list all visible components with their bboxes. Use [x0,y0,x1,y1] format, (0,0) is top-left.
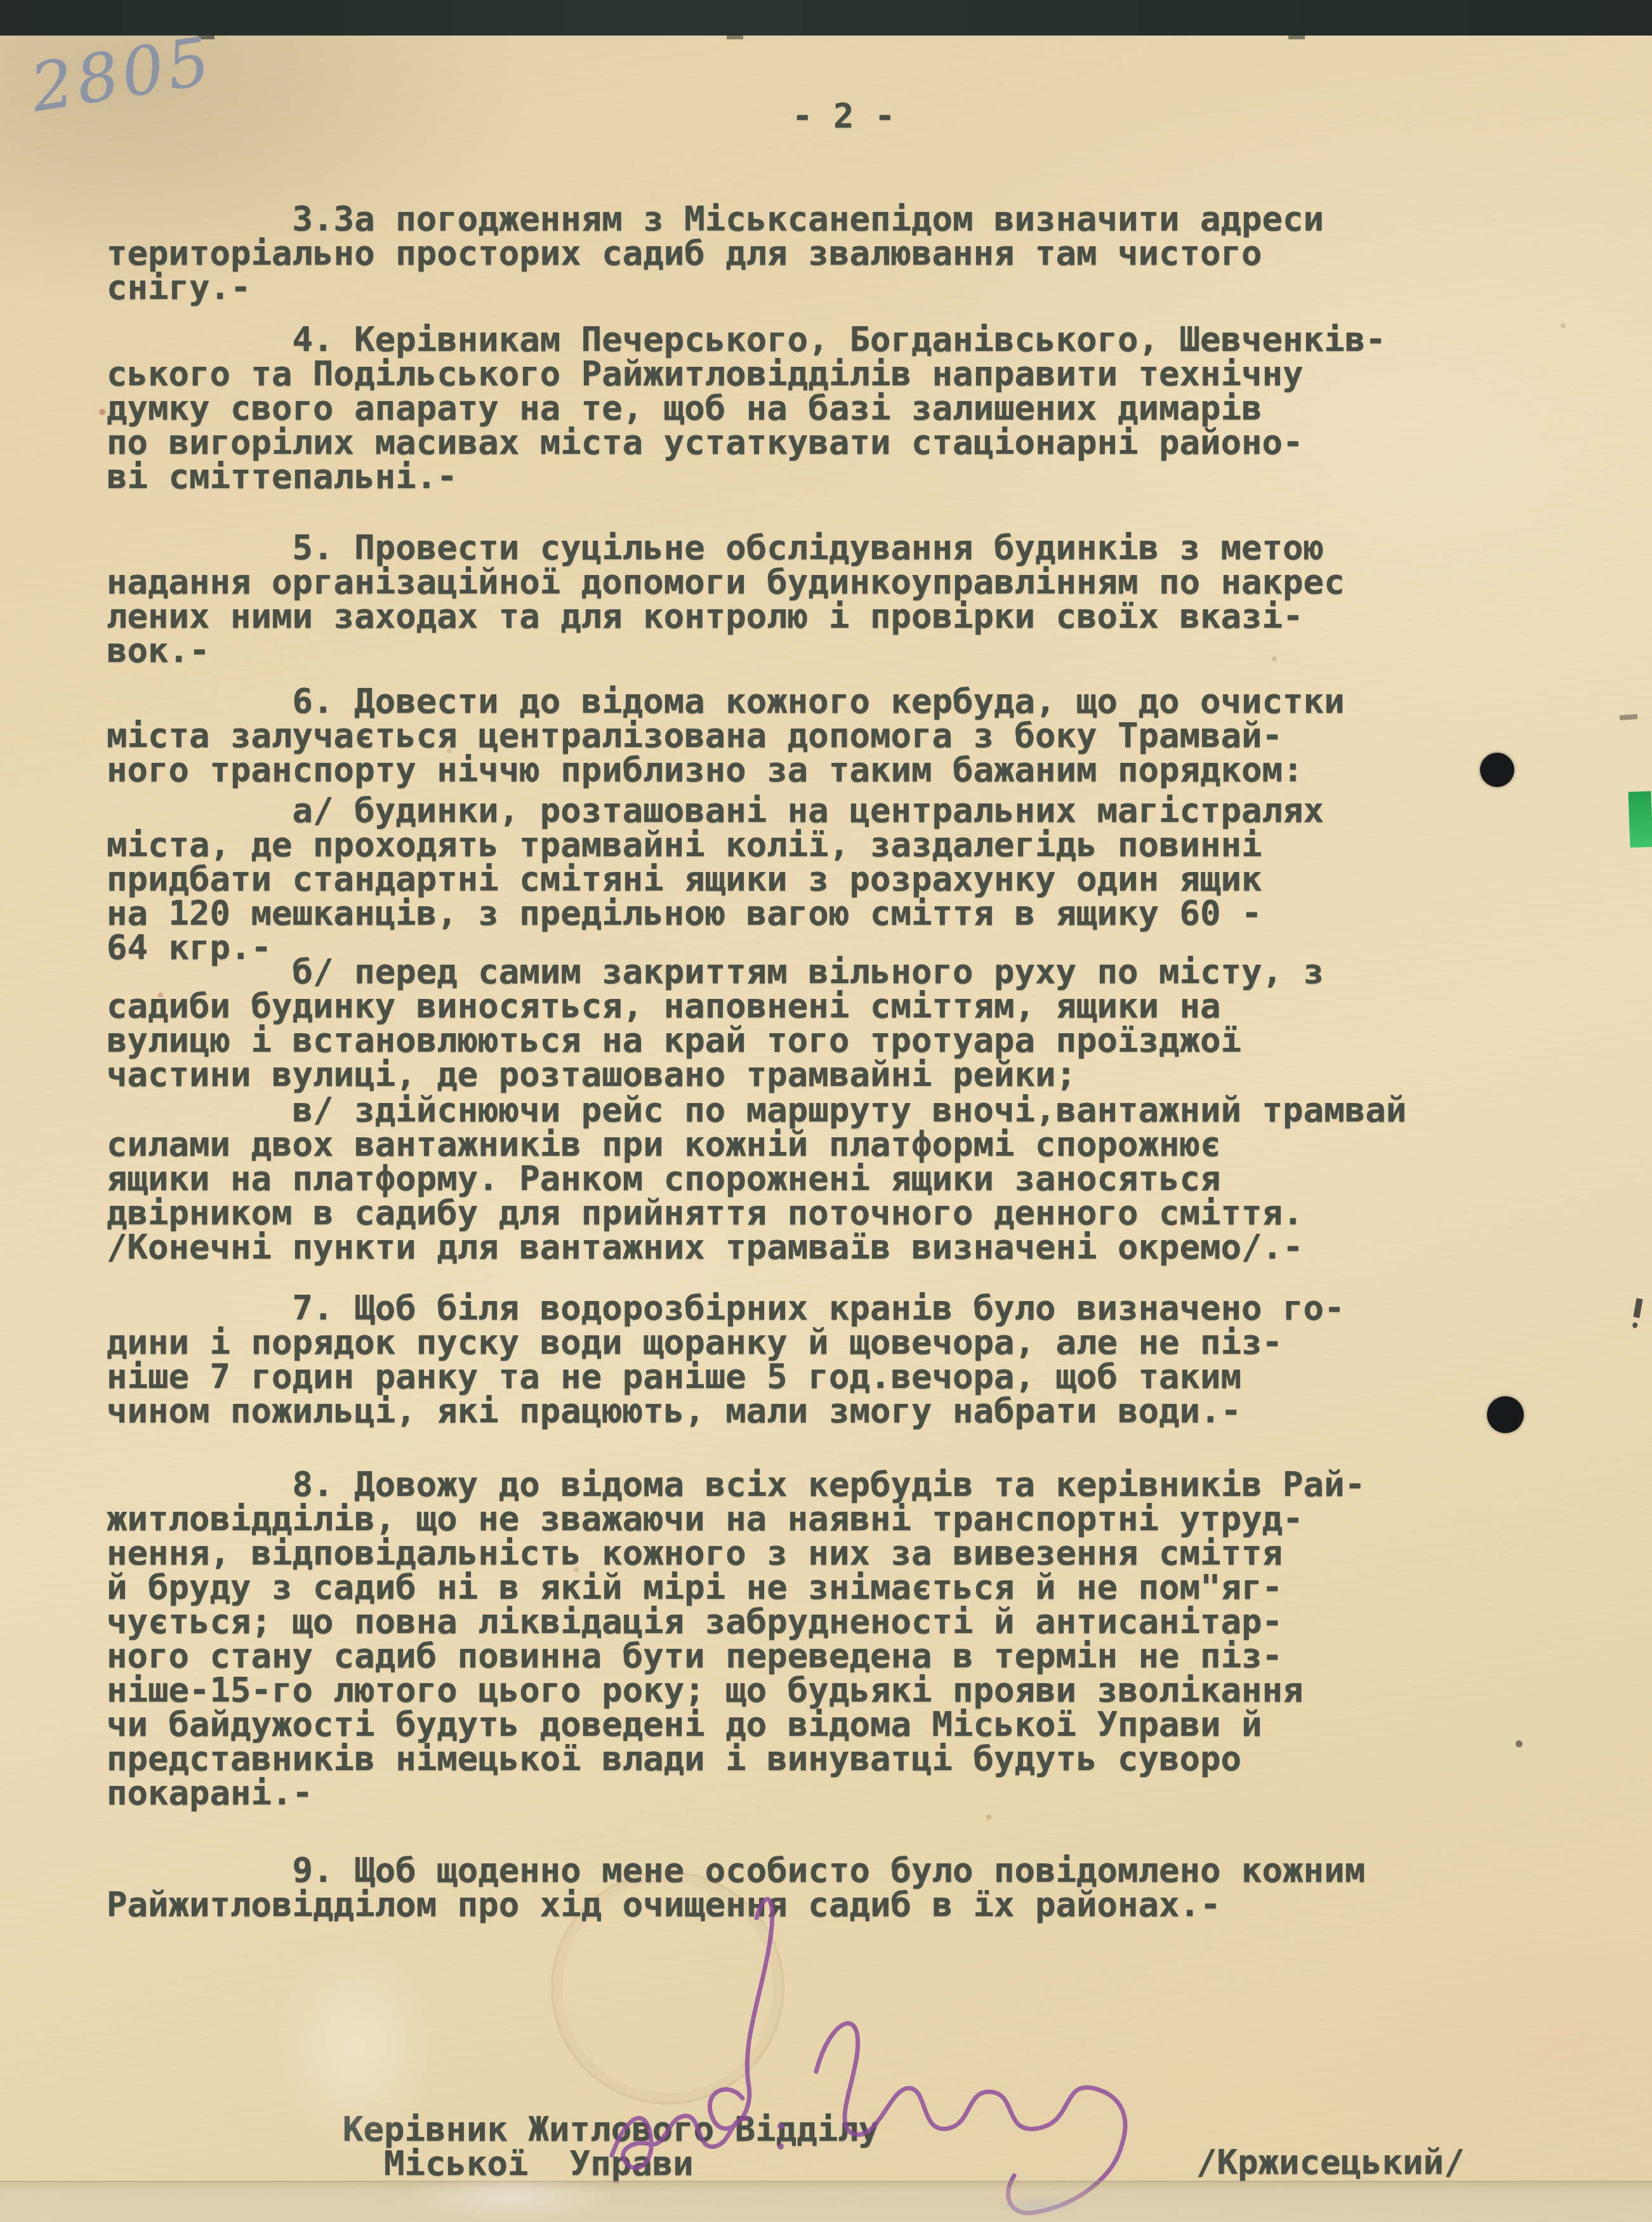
handwritten-signature-icon [590,1877,1238,2220]
paragraph-4: 4. Керівникам Печерського, Богданівськог… [107,322,1386,494]
scanner-background [0,0,1652,36]
paper-stain [406,2176,616,2220]
paragraph-6: 6. Довести до відома кожного кербуда, що… [107,684,1345,787]
paper-stain [994,2195,1083,2216]
paragraph-8: 8. Довожу до відома всіх кербудів та кер… [107,1467,1365,1810]
paragraph-3: 3.За погодженням з Міськсанепідом визнач… [107,202,1324,305]
paper-specks [0,0,4,4]
paragraph-6v: в/ здійснюючи рейс по маршруту вночі,ван… [107,1093,1406,1264]
ink-spot [1516,1740,1523,1747]
scanned-document: 2805 - 2 - 3.За погодженням з Міськсанеп… [0,0,1652,2222]
page-bottom-edge [0,2181,1652,2222]
page-number: - 2 - [792,99,895,133]
paragraph-6a: а/ будинки, розташовані на центральних м… [107,793,1324,965]
green-edge-mark [1628,791,1652,847]
hole-punch [1480,753,1514,787]
paragraph-5: 5. Провести суцільне обслідування будинк… [107,531,1345,668]
paper-stain [273,1942,438,2152]
hole-punch [1487,1396,1524,1433]
paragraph-7: 7. Щоб біля водорозбірних кранів було ви… [107,1291,1345,1428]
paragraph-6b: б/ перед самим закриттям вільного руху п… [107,955,1324,1092]
